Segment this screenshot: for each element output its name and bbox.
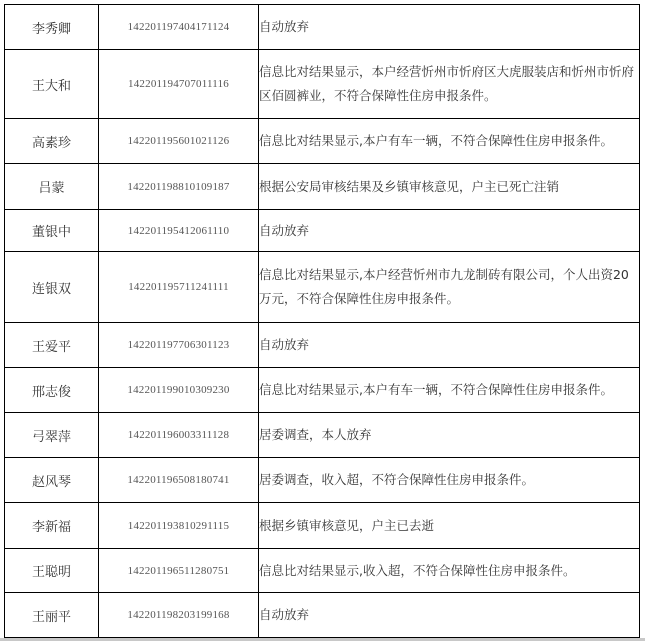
remark: 根据公安局审核结果及乡镇审核意见，户主已死亡注销 — [259, 164, 640, 210]
applicant-name: 王丽平 — [5, 593, 99, 638]
id-number: 142201198203199168 — [99, 593, 259, 638]
applicant-name: 王聪明 — [5, 549, 99, 593]
remark: 自动放弃 — [259, 5, 640, 50]
id-number: 142201193810291115 — [99, 503, 259, 549]
id-number: 142201197706301123 — [99, 323, 259, 368]
remark: 信息比对结果显示,收入超，不符合保障性住房申报条件。 — [259, 549, 640, 593]
applicant-name: 高素珍 — [5, 119, 99, 164]
id-number: 142201195412061110 — [99, 210, 259, 252]
table-row: 连银双 142201195711241111 信息比对结果显示,本户经营忻州市九… — [5, 252, 640, 323]
id-number: 142201195601021126 — [99, 119, 259, 164]
applicant-name: 李秀卿 — [5, 5, 99, 50]
applicant-name: 李新福 — [5, 503, 99, 549]
id-number: 142201195711241111 — [99, 252, 259, 323]
id-number: 142201199010309230 — [99, 368, 259, 413]
id-number: 142201196003311128 — [99, 413, 259, 458]
document-page: 李秀卿 142201197404171124 自动放弃 王大和 14220119… — [0, 0, 645, 641]
id-number: 142201196511280751 — [99, 549, 259, 593]
applicant-name: 赵风琴 — [5, 458, 99, 503]
table-row: 王丽平 142201198203199168 自动放弃 — [5, 593, 640, 638]
remark: 自动放弃 — [259, 323, 640, 368]
table-row: 邢志俊 142201199010309230 信息比对结果显示,本户有车一辆，不… — [5, 368, 640, 413]
applicant-name: 董银中 — [5, 210, 99, 252]
remark: 自动放弃 — [259, 593, 640, 638]
table-row: 董银中 142201195412061110 自动放弃 — [5, 210, 640, 252]
applicant-name: 邢志俊 — [5, 368, 99, 413]
id-number: 142201196508180741 — [99, 458, 259, 503]
disqualified-applicants-table: 李秀卿 142201197404171124 自动放弃 王大和 14220119… — [4, 4, 640, 638]
table-row: 高素珍 142201195601021126 信息比对结果显示,本户有车一辆，不… — [5, 119, 640, 164]
table-body: 李秀卿 142201197404171124 自动放弃 王大和 14220119… — [5, 5, 640, 638]
remark: 根据乡镇审核意见，户主已去逝 — [259, 503, 640, 549]
applicant-name: 吕蒙 — [5, 164, 99, 210]
remark: 自动放弃 — [259, 210, 640, 252]
id-number: 142201194707011116 — [99, 50, 259, 119]
remark: 居委调查，收入超，不符合保障性住房申报条件。 — [259, 458, 640, 503]
id-number: 142201198810109187 — [99, 164, 259, 210]
table-row: 李秀卿 142201197404171124 自动放弃 — [5, 5, 640, 50]
remark: 信息比对结果显示,本户有车一辆，不符合保障性住房申报条件。 — [259, 368, 640, 413]
remark: 信息比对结果显示,本户有车一辆，不符合保障性住房申报条件。 — [259, 119, 640, 164]
id-number: 142201197404171124 — [99, 5, 259, 50]
table-row: 王爱平 142201197706301123 自动放弃 — [5, 323, 640, 368]
table-row: 弓翠萍 142201196003311128 居委调查，本人放弃 — [5, 413, 640, 458]
remark: 信息比对结果显示，本户经营忻州市忻府区大虎服装店和忻州市忻府区佰圆裤业，不符合保… — [259, 50, 640, 119]
table-row: 吕蒙 142201198810109187 根据公安局审核结果及乡镇审核意见，户… — [5, 164, 640, 210]
table-row: 李新福 142201193810291115 根据乡镇审核意见，户主已去逝 — [5, 503, 640, 549]
remark: 信息比对结果显示,本户经营忻州市九龙制砖有限公司，个人出资20万元，不符合保障性… — [259, 252, 640, 323]
remark: 居委调查，本人放弃 — [259, 413, 640, 458]
table-row: 王聪明 142201196511280751 信息比对结果显示,收入超，不符合保… — [5, 549, 640, 593]
applicant-name: 弓翠萍 — [5, 413, 99, 458]
table-row: 赵风琴 142201196508180741 居委调查，收入超，不符合保障性住房… — [5, 458, 640, 503]
applicant-name: 王爱平 — [5, 323, 99, 368]
applicant-name: 王大和 — [5, 50, 99, 119]
applicant-name: 连银双 — [5, 252, 99, 323]
table-row: 王大和 142201194707011116 信息比对结果显示，本户经营忻州市忻… — [5, 50, 640, 119]
